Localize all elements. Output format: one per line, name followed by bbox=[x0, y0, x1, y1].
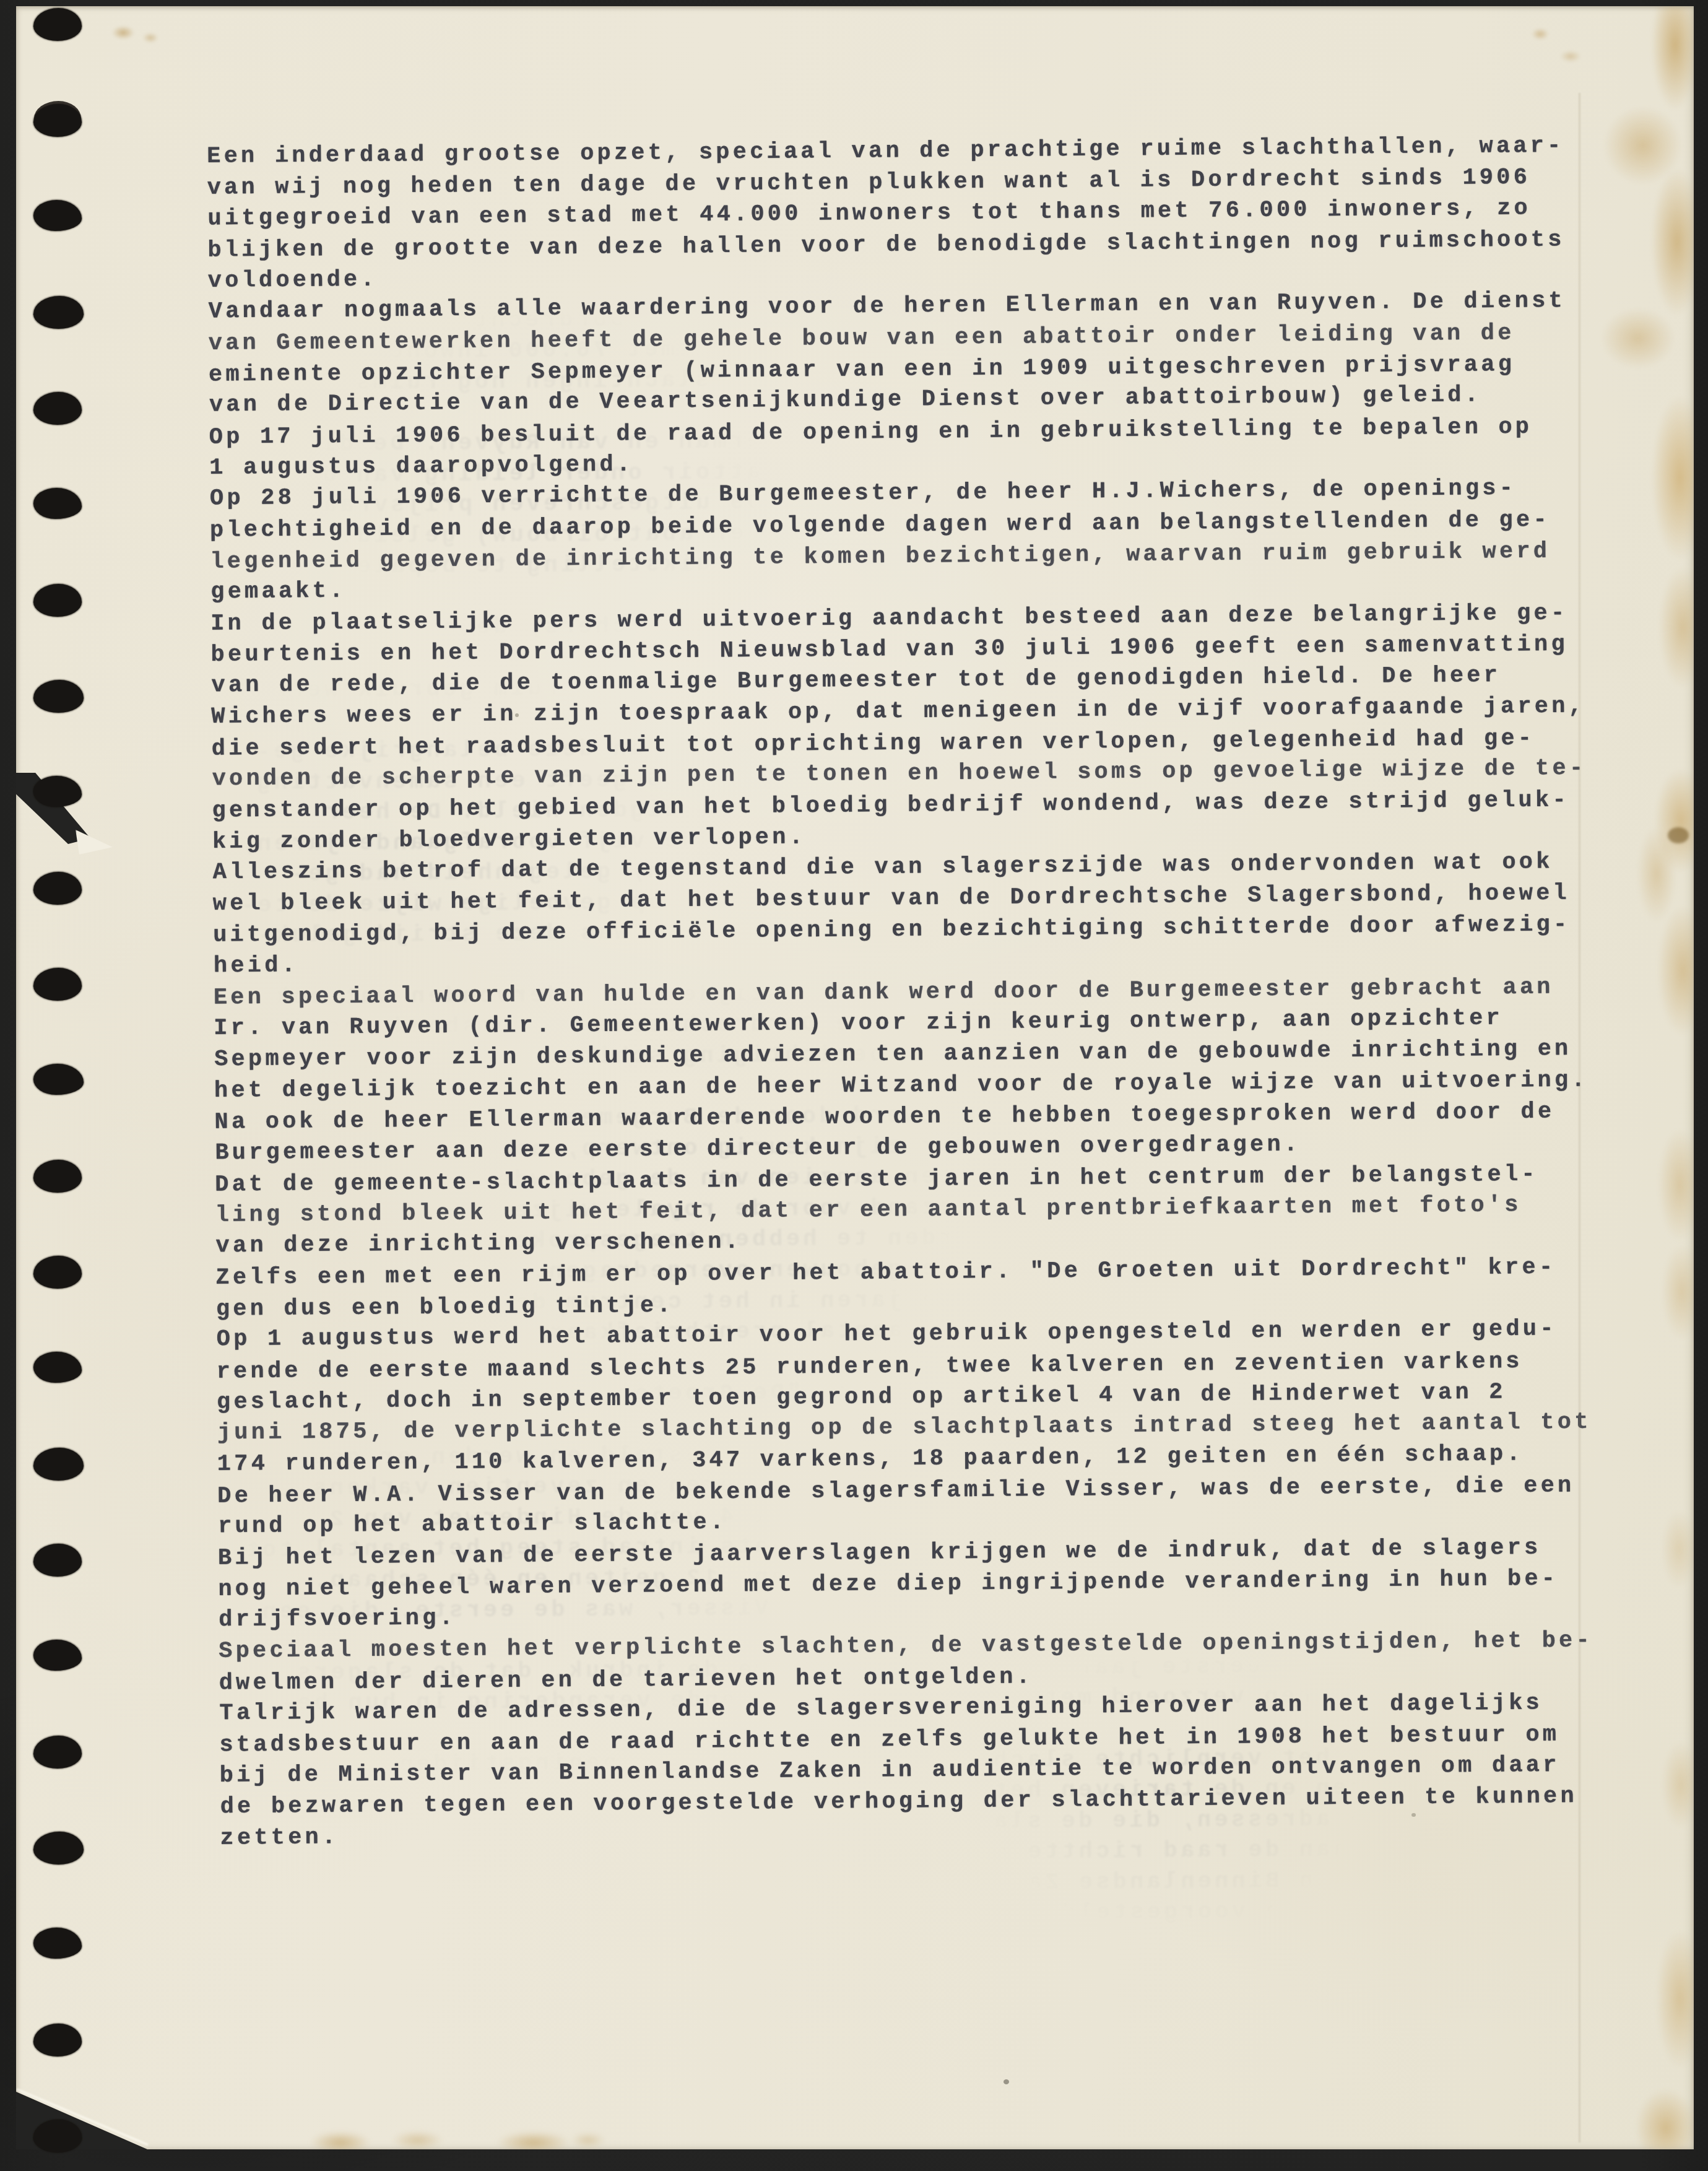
typewritten-text-block: Een inderdaad grootse opzet, speciaal va… bbox=[207, 131, 1594, 1855]
paper-crease bbox=[1579, 93, 1580, 2143]
bleedthrough-line: bij de Minister van Binnenlandse Zaken i… bbox=[133, 1864, 1619, 1905]
punch-hole bbox=[33, 872, 82, 905]
top-right-stain-specks bbox=[1514, 17, 1601, 73]
punch-hole bbox=[33, 1832, 84, 1864]
punch-hole bbox=[33, 392, 82, 425]
dust-speck bbox=[1411, 1813, 1416, 1817]
right-edge-stains bbox=[1601, 6, 1694, 2149]
punch-hole bbox=[33, 1160, 82, 1193]
scan-background: Een inderdaad grootse opzet, speciaal va… bbox=[0, 0, 1708, 2171]
punch-hole bbox=[33, 2120, 82, 2152]
dust-speck bbox=[1004, 2079, 1009, 2084]
punch-hole bbox=[33, 584, 82, 617]
punch-hole bbox=[33, 1544, 82, 1577]
paper-page: Een inderdaad grootse opzet, speciaal va… bbox=[16, 6, 1694, 2149]
punch-hole bbox=[33, 968, 82, 1001]
punch-hole bbox=[33, 1256, 82, 1289]
edge-tear-flap bbox=[76, 830, 113, 855]
dark-stain-spot bbox=[1668, 827, 1689, 843]
dust-speck bbox=[515, 713, 519, 717]
punch-hole bbox=[33, 1448, 84, 1481]
top-left-stain-specks bbox=[103, 17, 171, 51]
bleedthrough-line: de bezwaren tegen een voorgestelde verho… bbox=[133, 1895, 1619, 1936]
bottom-left-stain bbox=[282, 2117, 604, 2149]
punch-hole bbox=[33, 1736, 82, 1769]
punch-hole bbox=[33, 680, 84, 713]
bleedthrough-line: zetten. bbox=[133, 1926, 1619, 1967]
punch-hole bbox=[33, 296, 84, 329]
punch-hole bbox=[33, 104, 82, 137]
punch-hole bbox=[33, 8, 82, 41]
punch-hole bbox=[33, 2024, 82, 2056]
